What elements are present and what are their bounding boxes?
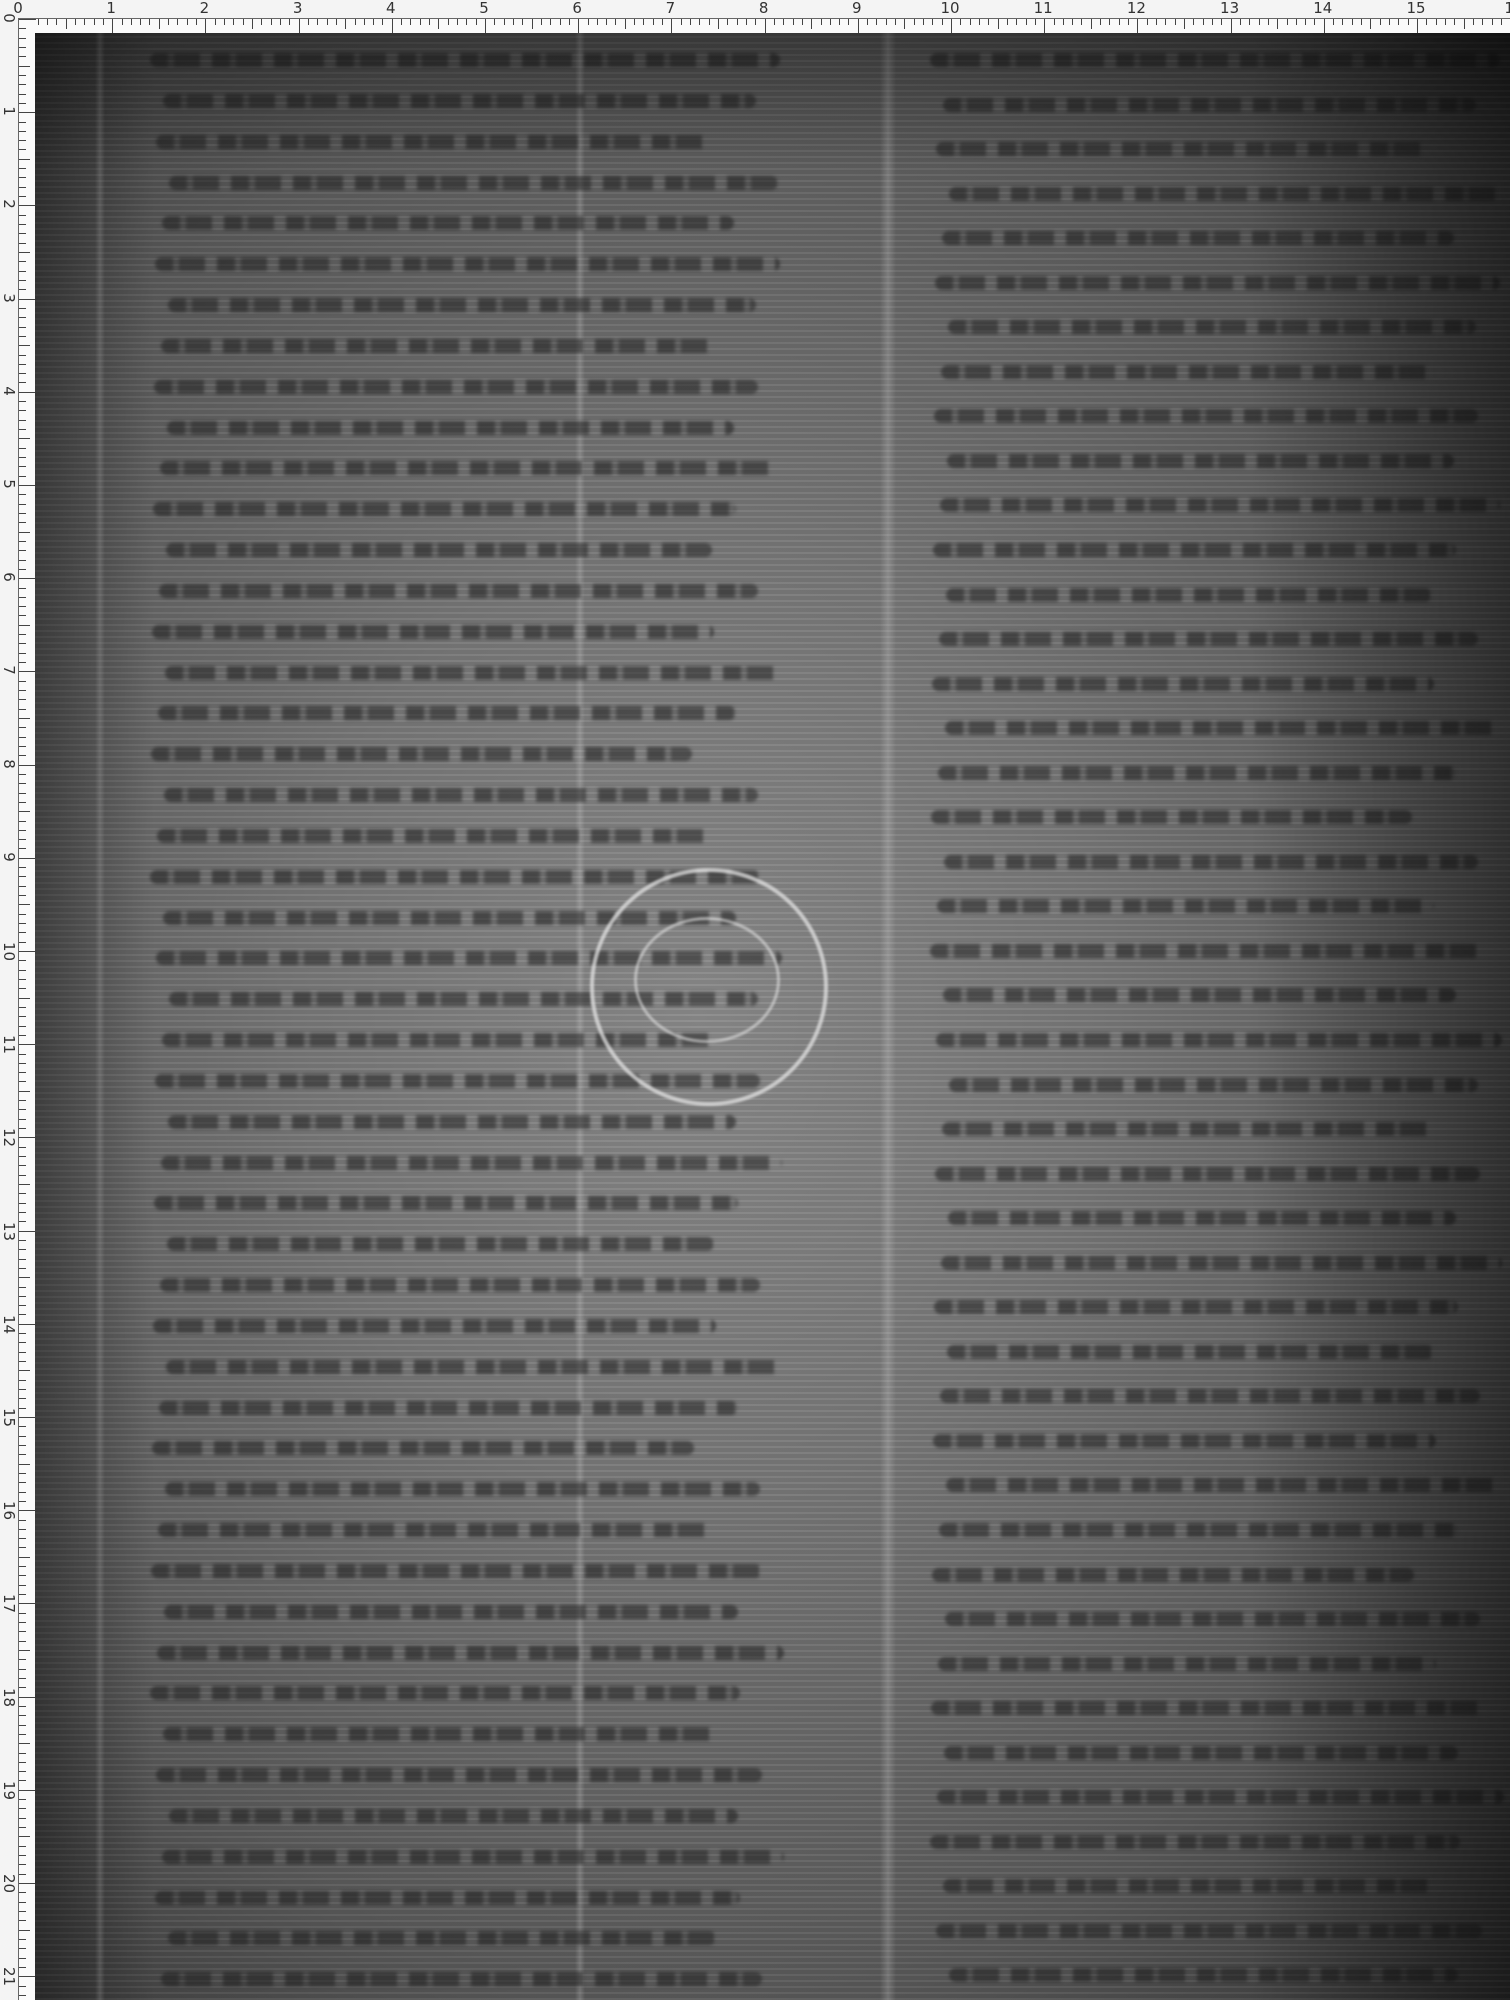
ruler-tick [19, 699, 26, 700]
ruler-tick [19, 1016, 26, 1017]
ruler-tick [19, 1492, 26, 1493]
ruler-tick [243, 19, 244, 25]
ruler-tick [19, 1054, 26, 1055]
ruler-tick [19, 336, 26, 337]
ruler-tick [19, 942, 26, 943]
ruler-tick [19, 103, 26, 104]
ruler-tick [1231, 19, 1232, 34]
ruler-tick [19, 1762, 26, 1763]
ruler-tick [19, 1044, 36, 1045]
ruler-tick [923, 19, 924, 25]
ruler-tick [1007, 19, 1008, 25]
ruler-tick [876, 19, 877, 25]
ruler-tick [532, 19, 533, 29]
ruler-tick [19, 1678, 26, 1679]
manuscript-line [169, 176, 778, 190]
ruler-tick [858, 19, 859, 34]
ruler-label: 21 [1, 1967, 17, 1983]
manuscript-line [162, 216, 734, 230]
ruler-tick [504, 19, 505, 25]
ruler-label: 4 [1, 383, 17, 399]
ruler-tick [811, 19, 812, 29]
ruler-tick [327, 19, 328, 25]
ruler-tick [970, 19, 971, 25]
ruler-tick [1333, 19, 1334, 25]
ruler-tick [19, 196, 26, 197]
ruler-tick [942, 19, 943, 25]
ruler-tick [19, 382, 26, 383]
ruler-tick [19, 1361, 26, 1362]
ruler-tick [19, 1324, 36, 1325]
ruler-tick [19, 1426, 26, 1427]
ruler-label: 7 [1, 662, 17, 678]
ruler-tick [1436, 19, 1437, 25]
ruler-tick [19, 1352, 26, 1353]
ruler-tick [19, 1687, 26, 1688]
ruler-tick [19, 1380, 26, 1381]
ruler-tick [233, 19, 234, 25]
ruler-tick [774, 19, 775, 25]
ruler-tick [19, 578, 36, 579]
ruler-tick [19, 1501, 26, 1502]
manuscript-line [156, 1768, 762, 1782]
ruler-tick [19, 1370, 30, 1371]
ruler-tick [19, 1622, 26, 1623]
ruler-tick [1492, 19, 1493, 25]
ruler-tick [457, 19, 458, 25]
ruler-label: 8 [1, 756, 17, 772]
ruler-tick [19, 550, 26, 551]
ruler-label: 12 [1127, 0, 1146, 16]
ruler-tick [19, 1137, 36, 1138]
ruler-tick [19, 1911, 26, 1912]
ruler-tick [19, 364, 26, 365]
ruler-tick [19, 802, 26, 803]
manuscript-line [152, 1441, 694, 1455]
manuscript-line [161, 339, 712, 353]
ruler-label: 16 [1, 1501, 17, 1517]
ruler-tick [522, 19, 523, 25]
ruler-tick [289, 19, 290, 25]
ruler-tick [19, 1939, 26, 1940]
ruler-tick [1296, 19, 1297, 25]
ruler-tick [19, 1958, 26, 1959]
ruler-tick [19, 727, 26, 728]
ruler-tick [19, 271, 26, 272]
ruler-tick [19, 1193, 26, 1194]
ruler-tick [364, 19, 365, 25]
ruler-tick [19, 615, 26, 616]
ruler-tick [699, 19, 700, 25]
ruler-tick [709, 19, 710, 25]
vertical-ruler [18, 18, 35, 2000]
ruler-tick [1473, 19, 1474, 25]
ruler-label: 4 [386, 0, 396, 16]
ruler-tick [224, 19, 225, 25]
ruler-label: 1 [106, 0, 116, 16]
ruler-label: 10 [1, 942, 17, 958]
ruler-label: 11 [1034, 0, 1053, 16]
ruler-tick [19, 149, 26, 150]
ruler-tick [75, 19, 76, 25]
ruler-tick [1305, 19, 1306, 25]
manuscript-line [153, 502, 736, 516]
ruler-tick [56, 19, 57, 25]
ruler-label: 13 [1, 1222, 17, 1238]
ruler-tick [140, 19, 141, 25]
ruler-tick [19, 1268, 26, 1269]
ruler-tick [839, 19, 840, 25]
ruler-tick [196, 19, 197, 25]
ruler-tick [671, 19, 672, 34]
ruler-tick [755, 19, 756, 25]
ruler-tick [19, 355, 26, 356]
ruler-tick [1249, 19, 1250, 25]
ruler-tick [19, 597, 26, 598]
ruler-tick [19, 662, 26, 663]
ruler-tick [19, 830, 26, 831]
ruler-tick [94, 19, 95, 25]
ruler-tick [19, 1855, 26, 1856]
ruler-tick [19, 513, 26, 514]
ruler-tick [19, 765, 36, 766]
ruler-tick [19, 839, 26, 840]
ruler-label: 2 [200, 0, 210, 16]
ruler-tick [19, 793, 26, 794]
ruler-tick [1398, 19, 1399, 25]
ruler-tick [19, 755, 26, 756]
ruler-tick [19, 1566, 26, 1567]
ruler-tick [19, 1827, 26, 1828]
ruler-label: 5 [479, 0, 489, 16]
ruler-tick [1259, 19, 1260, 25]
ruler-tick [19, 1790, 36, 1791]
ruler-tick [690, 19, 691, 25]
ruler-tick [19, 84, 26, 85]
manuscript-line [159, 1401, 738, 1415]
ruler-tick [19, 1753, 26, 1754]
ruler-tick [718, 19, 719, 29]
ruler-tick [19, 643, 26, 644]
ruler-tick [793, 19, 794, 25]
ruler-tick [19, 1287, 26, 1288]
ruler-tick [19, 1240, 26, 1241]
ruler-tick [951, 19, 952, 34]
ruler-tick [19, 308, 26, 309]
ruler-tick [19, 1948, 26, 1949]
ruler-tick [1370, 19, 1371, 29]
ruler-tick [1203, 19, 1204, 25]
ruler-tick [112, 19, 113, 34]
ruler-tick [19, 848, 26, 849]
ruler-tick [19, 1529, 26, 1530]
ruler-tick [1464, 19, 1465, 29]
ruler-tick [1016, 19, 1017, 25]
ruler-tick [1454, 19, 1455, 25]
ruler-tick [19, 681, 26, 682]
ruler-tick [19, 709, 26, 710]
ruler-label: 15 [1, 1408, 17, 1424]
ruler-tick [19, 914, 26, 915]
manuscript-line [160, 1278, 760, 1292]
ruler-tick [550, 19, 551, 25]
manuscript-line [162, 1850, 784, 1864]
ruler-tick [19, 457, 26, 458]
ruler-label: 18 [1, 1688, 17, 1704]
ruler-tick [19, 94, 26, 95]
manuscript-line [159, 584, 758, 598]
ruler-tick [19, 1930, 30, 1931]
ruler-tick [19, 960, 26, 961]
ruler-tick [634, 19, 635, 25]
ruler-label: 5 [1, 476, 17, 492]
ruler-tick [1408, 19, 1409, 25]
ruler-tick [19, 1808, 26, 1809]
ruler-tick [19, 1520, 26, 1521]
ruler-tick [513, 19, 514, 25]
ruler-tick [19, 448, 26, 449]
ruler-tick [19, 1575, 26, 1576]
ruler-tick [19, 821, 26, 822]
ruler-tick [19, 373, 26, 374]
ruler-tick [252, 19, 253, 29]
ruler-tick [1193, 19, 1194, 25]
ruler-tick [1147, 19, 1148, 25]
ruler-tick [19, 522, 26, 523]
ruler-tick [19, 923, 26, 924]
ruler-tick [19, 1594, 26, 1595]
ruler-tick [19, 317, 26, 318]
ruler-label: 19 [1, 1781, 17, 1797]
ruler-tick [19, 1109, 26, 1110]
ruler-tick [19, 970, 26, 971]
ruler-tick [1417, 19, 1418, 34]
ruler-tick [1221, 19, 1222, 25]
ruler-tick [19, 224, 26, 225]
ruler-tick [19, 988, 26, 989]
ruler-tick [19, 1184, 30, 1185]
ruler-tick [19, 187, 26, 188]
ruler-tick [19, 1734, 26, 1735]
ruler-tick [765, 19, 766, 34]
ruler-tick [19, 895, 26, 896]
ruler-tick [19, 1995, 26, 1996]
ruler-tick [653, 19, 654, 25]
ruler-tick [19, 588, 26, 589]
ruler-tick [19, 1398, 26, 1399]
ruler-tick [19, 289, 26, 290]
ruler-tick [19, 205, 36, 206]
ruler-tick [19, 345, 30, 346]
ruler-tick [19, 653, 26, 654]
ruler-label: 20 [1, 1874, 17, 1890]
ruler-tick [1063, 19, 1064, 25]
ruler-tick [960, 19, 961, 25]
ruler-tick [19, 541, 26, 542]
ruler-tick [19, 131, 26, 132]
ruler-tick [66, 19, 67, 29]
ruler-label: 1 [1504, 0, 1510, 16]
ruler-tick [19, 38, 26, 39]
ruler-tick [1156, 19, 1157, 25]
ruler-tick [848, 19, 849, 25]
ruler-tick [19, 1818, 26, 1819]
ruler-tick [494, 19, 495, 25]
ruler-tick [1389, 19, 1390, 25]
ruler-tick [19, 1464, 30, 1465]
ruler-tick [19, 243, 26, 244]
ruler-tick [1109, 19, 1110, 25]
ruler-tick [1091, 19, 1092, 29]
ruler-tick [19, 1725, 26, 1726]
ruler-tick [19, 466, 26, 467]
ruler-tick [19, 1967, 26, 1968]
ruler-tick [746, 19, 747, 25]
ruler-tick [420, 19, 421, 25]
ruler-tick [19, 280, 26, 281]
ruler-tick [643, 19, 644, 25]
ruler-tick [19, 215, 26, 216]
ruler-tick [19, 1212, 26, 1213]
ruler-tick [19, 1473, 26, 1474]
ruler-tick [336, 19, 337, 25]
ruler-tick [19, 476, 26, 477]
manuscript-line [157, 829, 714, 843]
ruler-tick [19, 19, 36, 20]
seal-inner-ring [634, 917, 780, 1043]
ruler-tick [19, 1156, 26, 1157]
ruler-tick [19, 140, 26, 141]
ruler-tick [19, 876, 26, 877]
ruler-tick [578, 19, 579, 34]
ruler-tick [560, 19, 561, 25]
ruler-tick [19, 718, 30, 719]
ruler-tick [19, 1296, 26, 1297]
manuscript-line [167, 421, 734, 435]
ruler-tick [19, 634, 26, 635]
ruler-tick [187, 19, 188, 25]
ruler-tick [19, 122, 26, 123]
gutter-fold [880, 33, 896, 2000]
ruler-tick [19, 690, 26, 691]
manuscript-line [154, 1196, 738, 1210]
ruler-tick [19, 56, 26, 57]
ruler-tick [280, 19, 281, 25]
manuscript-line [165, 1482, 760, 1496]
ruler-tick [19, 494, 26, 495]
ruler-tick [895, 19, 896, 25]
ruler-tick [19, 1631, 26, 1632]
ruler-tick [1081, 19, 1082, 25]
ruler-label: 8 [759, 0, 769, 16]
manuscript-line [168, 1931, 716, 1945]
ruler-label: 10 [940, 0, 959, 16]
ruler-tick [159, 19, 160, 29]
ruler-tick [19, 1100, 26, 1101]
ruler-tick [1380, 19, 1381, 25]
ruler-tick [19, 1547, 26, 1548]
ruler-tick [19, 998, 30, 999]
ruler-tick [1026, 19, 1027, 25]
ruler-tick [1342, 19, 1343, 25]
ruler-tick [1044, 19, 1045, 34]
manuscript-line [157, 1646, 784, 1660]
ruler-tick [19, 1175, 26, 1176]
manuscript-line [168, 298, 756, 312]
ruler-tick [19, 1892, 26, 1893]
ruler-tick [19, 1147, 26, 1148]
ruler-tick [19, 560, 26, 561]
ruler-tick [1165, 19, 1166, 25]
ruler-tick [19, 112, 36, 113]
ruler-tick [19, 1743, 30, 1744]
ruler-tick [867, 19, 868, 25]
ruler-tick [38, 19, 39, 25]
manuscript-line [158, 1523, 716, 1537]
manuscript-line [163, 1727, 716, 1741]
ruler-tick [615, 19, 616, 25]
ruler-label: 15 [1406, 0, 1425, 16]
ruler-tick [19, 1436, 26, 1437]
ruler-tick [19, 28, 26, 29]
ruler-tick [19, 420, 26, 421]
ruler-tick [1035, 19, 1036, 25]
ruler-tick [401, 19, 402, 25]
ruler-tick [149, 19, 150, 25]
ruler-tick [19, 1165, 26, 1166]
ruler-tick [19, 438, 30, 439]
ruler-tick [569, 19, 570, 25]
ruler-tick [19, 168, 26, 169]
ruler-tick [1175, 19, 1176, 25]
ruler-tick [19, 886, 26, 887]
ruler-tick [19, 1920, 26, 1921]
ruler-tick [914, 19, 915, 25]
ruler-tick [103, 19, 104, 25]
ruler-tick [19, 410, 26, 411]
ruler-tick [131, 19, 132, 25]
ruler-tick [19, 1510, 36, 1511]
ruler-tick [19, 1305, 26, 1306]
ruler-tick [19, 1706, 26, 1707]
ruler-tick [802, 19, 803, 25]
ruler-tick [19, 858, 36, 859]
ruler-tick [19, 569, 26, 570]
ruler-tick [19, 1007, 26, 1008]
ruler-tick [821, 19, 822, 25]
ruler-tick [19, 1342, 26, 1343]
ruler-tick [19, 811, 30, 812]
ruler-tick [84, 19, 85, 25]
ruler-tick [19, 1389, 26, 1390]
ruler-tick [19, 1659, 26, 1660]
ruler-tick [1212, 19, 1213, 25]
ruler-tick [205, 19, 206, 34]
ruler-tick [19, 1603, 36, 1604]
ruler-tick [783, 19, 784, 25]
ruler-tick [19, 261, 26, 262]
circular-seal-stamp [590, 868, 828, 1106]
ruler-tick [392, 19, 393, 34]
manuscript-line [165, 666, 780, 680]
ruler-tick [19, 1902, 26, 1903]
ruler-tick [19, 1091, 30, 1092]
ruler-tick [19, 1883, 36, 1884]
ruler-label: 9 [1, 849, 17, 865]
ruler-tick [19, 1650, 30, 1651]
ruler-tick [19, 1026, 26, 1027]
ruler-tick [261, 19, 262, 25]
